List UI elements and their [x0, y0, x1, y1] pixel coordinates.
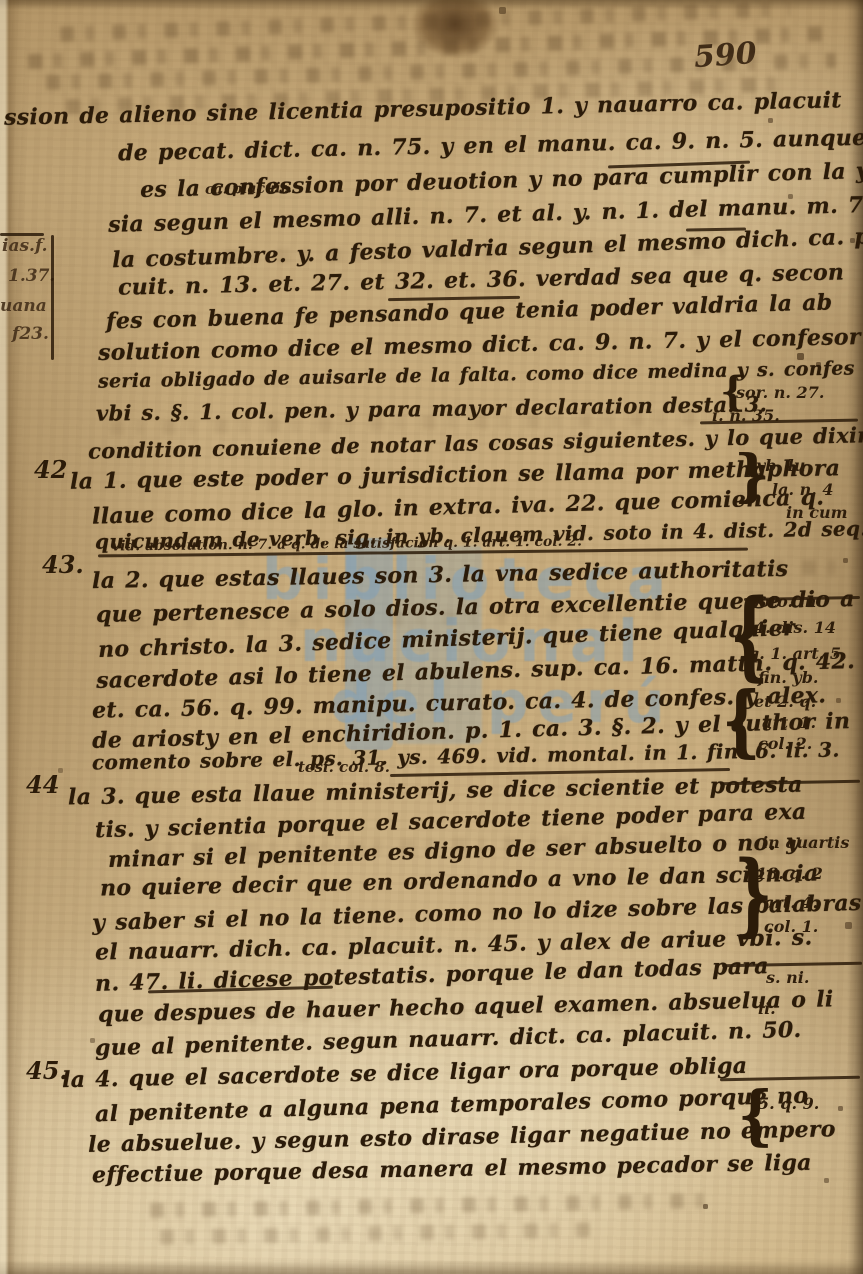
margin-ref: f23.	[12, 324, 49, 344]
margin-section-number: 43.	[42, 550, 84, 579]
margin-note: col. 2.	[758, 734, 812, 753]
margin-brace: {	[720, 372, 746, 412]
ink-speckles	[0, 0, 1, 1]
margin-section-number: 44	[26, 770, 59, 799]
margin-note: la. n. 4	[772, 480, 834, 499]
margin-note: li.	[758, 999, 776, 1018]
ink-stain	[396, 0, 514, 70]
margin-ref: ias.f.	[2, 236, 48, 256]
margin-note: sor. n. 27.	[736, 383, 824, 402]
margin-brace: }	[734, 448, 770, 504]
margin-note: et 2. q.	[754, 692, 816, 711]
margin-note: art. 1.	[762, 713, 816, 732]
margin-note: s. ni.	[766, 968, 809, 987]
bleed-through-line	[160, 1222, 590, 1245]
folio-number: 590	[693, 36, 758, 75]
manuscript-line: ssion de alieno sine licentia presuposit…	[4, 87, 842, 131]
ink-rule-vertical	[51, 235, 54, 360]
manuscript-page: biblioteca nacional del perú 590 ca. pla…	[0, 0, 863, 1274]
margin-brace: {	[730, 588, 769, 684]
margin-section-number: 42	[34, 455, 67, 484]
margin-ref: uana	[0, 296, 47, 316]
manuscript-line: vbi s. §. 1. col. pen. y para mayor decl…	[96, 391, 767, 425]
margin-section-number: 45.	[26, 1056, 68, 1085]
margin-note: in cum	[786, 503, 848, 522]
ink-rule	[0, 233, 44, 236]
margin-brace: {	[738, 1082, 773, 1147]
page-edge	[0, 0, 26, 1274]
page-edge	[847, 0, 863, 1274]
manuscript-line: de pecat. dict. ca. n. 75. y en el manu.…	[118, 124, 863, 167]
margin-brace: }	[734, 850, 773, 940]
margin-note: in quartis	[762, 833, 849, 852]
margin-brace: {	[722, 682, 761, 760]
margin-ref: 1.37.	[8, 266, 55, 286]
manuscript-line: effectiue porque desa manera el mesmo pe…	[92, 1150, 812, 1189]
bleed-through-line	[150, 1193, 720, 1218]
page-edge	[0, 1260, 863, 1274]
